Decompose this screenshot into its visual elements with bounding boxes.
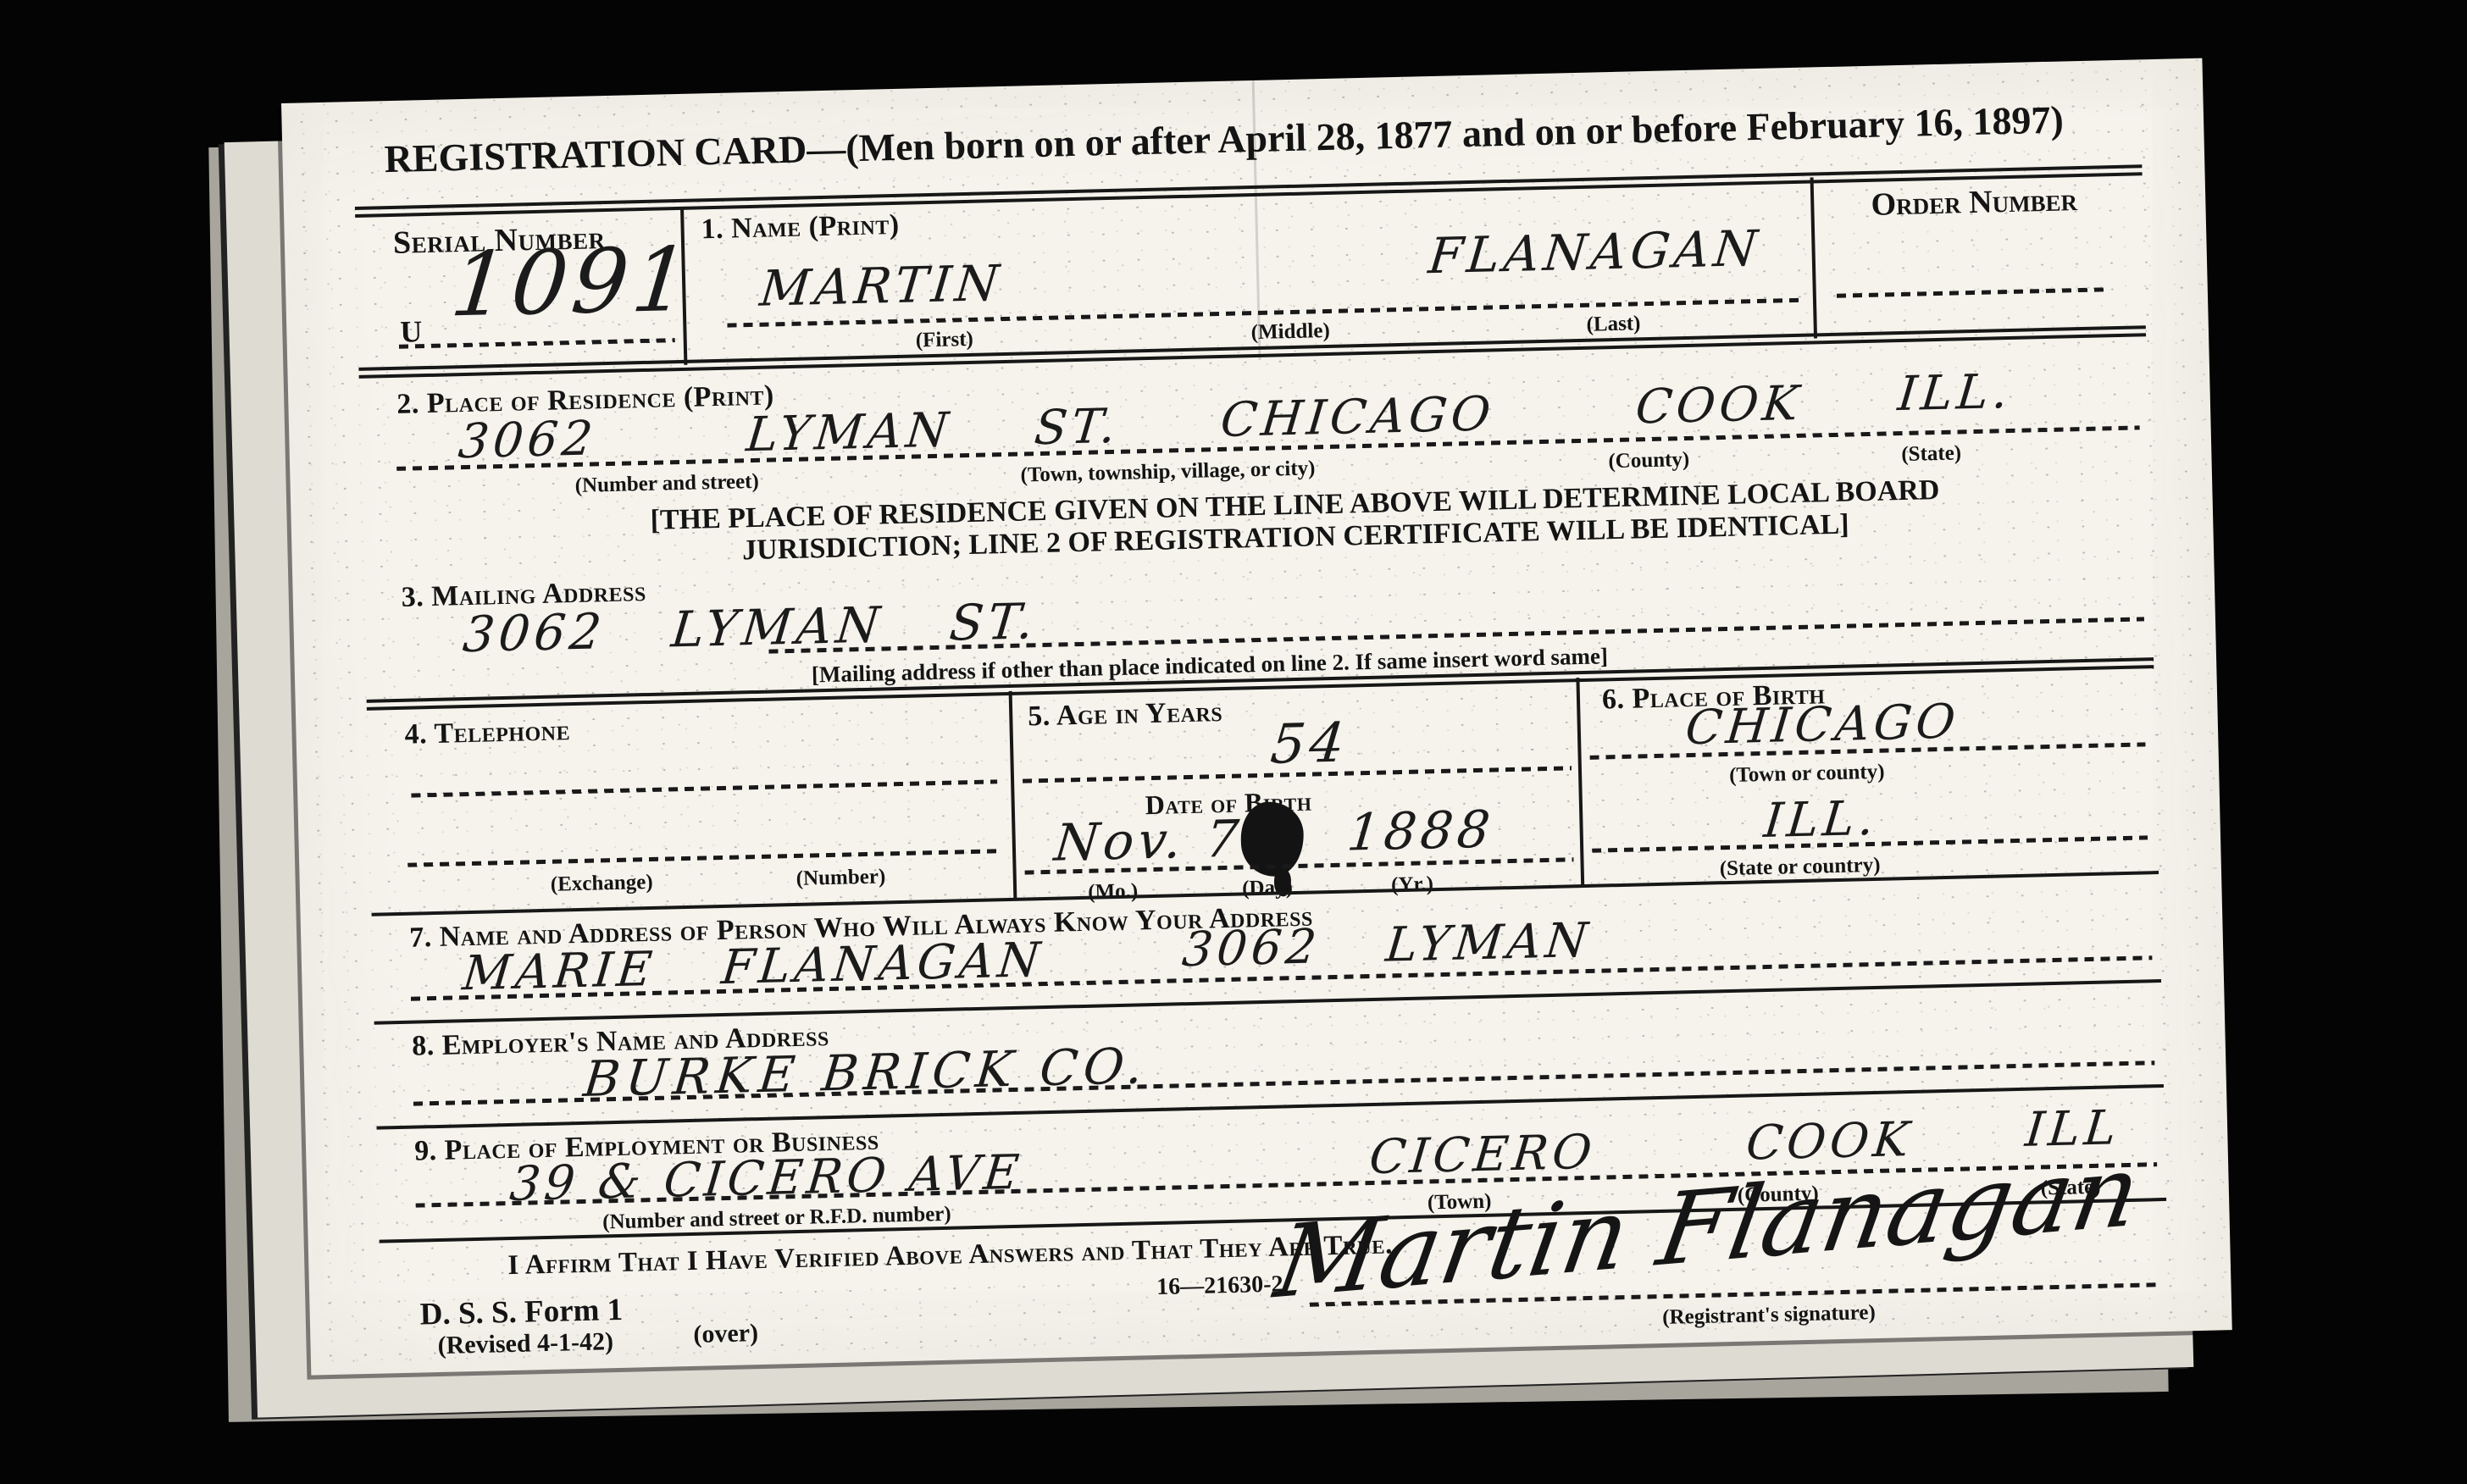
- dob-month-day-value: Nov. 7: [1051, 809, 1245, 872]
- last-sublabel: (Last): [1586, 312, 1641, 336]
- registration-card: REGISTRATION CARD—(Men born on or after …: [281, 58, 2232, 1376]
- age-value: 54: [1268, 712, 1352, 776]
- name-first-value: MARTIN: [757, 254, 1006, 318]
- birth-town-sublabel: (Town or county): [1729, 761, 1885, 788]
- residence-city-sublabel: (Town, township, village, or city): [1020, 457, 1316, 487]
- name-label: 1. Name (Print): [701, 209, 900, 246]
- birth-town-value: CHICAGO: [1683, 694, 1962, 756]
- divider-name-order: [1810, 177, 1817, 338]
- serial-number-value: 1091: [446, 227, 698, 336]
- signature-sublabel: (Registrant's signature): [1662, 1301, 1876, 1330]
- telephone-label: 4. Telephone: [404, 715, 570, 751]
- mo-sublabel: (Mo.): [1088, 879, 1139, 904]
- birth-state-sublabel: (State or country): [1719, 854, 1880, 881]
- day-sublabel: (Day): [1242, 876, 1293, 900]
- residence-city-value: CHICAGO: [1218, 386, 1497, 448]
- residence-number-value: 3062: [456, 411, 599, 469]
- name-last-value: FLANAGAN: [1426, 219, 1764, 285]
- contact-address-value: 3062 LYMAN: [1180, 913, 1594, 978]
- form-number: D. S. S. Form 1: [419, 1292, 623, 1333]
- first-sublabel: (First): [915, 328, 973, 353]
- divider-telephone-age: [1009, 691, 1017, 900]
- yr-sublabel: (Yr.): [1391, 872, 1433, 897]
- serial-dotted-line: [399, 338, 675, 349]
- residence-number-sublabel: (Number and street): [574, 470, 759, 498]
- scan-background: REGISTRATION CARD—(Men born on or after …: [0, 0, 2467, 1484]
- order-number-label: Order Number: [1826, 180, 2123, 224]
- telephone-dotted-line-1: [411, 779, 997, 797]
- residence-st-value: ST.: [1032, 399, 1123, 457]
- print-code: 16—21630-2: [1156, 1271, 1283, 1302]
- middle-sublabel: (Middle): [1250, 319, 1330, 345]
- residence-county-value: COOK: [1633, 376, 1805, 435]
- residence-state-value: ILL.: [1895, 364, 2015, 422]
- dob-year-value: 1888: [1344, 800, 1497, 862]
- card-title: REGISTRATION CARD—(Men born on or after …: [384, 97, 2064, 181]
- residence-county-sublabel: (County): [1608, 448, 1689, 473]
- over-note: (over): [693, 1319, 758, 1349]
- form-revision: (Revised 4-1-42): [437, 1327, 613, 1360]
- telephone-dotted-line-2: [407, 849, 999, 867]
- age-label: 5. Age in Years: [1028, 696, 1223, 733]
- birth-state-value: ILL.: [1761, 791, 1881, 849]
- order-dotted-line: [1837, 287, 2108, 298]
- divider-age-birth: [1576, 678, 1584, 886]
- residence-state-sublabel: (State): [1901, 441, 1961, 467]
- telephone-exchange-sublabel: (Exchange): [550, 871, 652, 897]
- telephone-number-sublabel: (Number): [796, 865, 885, 890]
